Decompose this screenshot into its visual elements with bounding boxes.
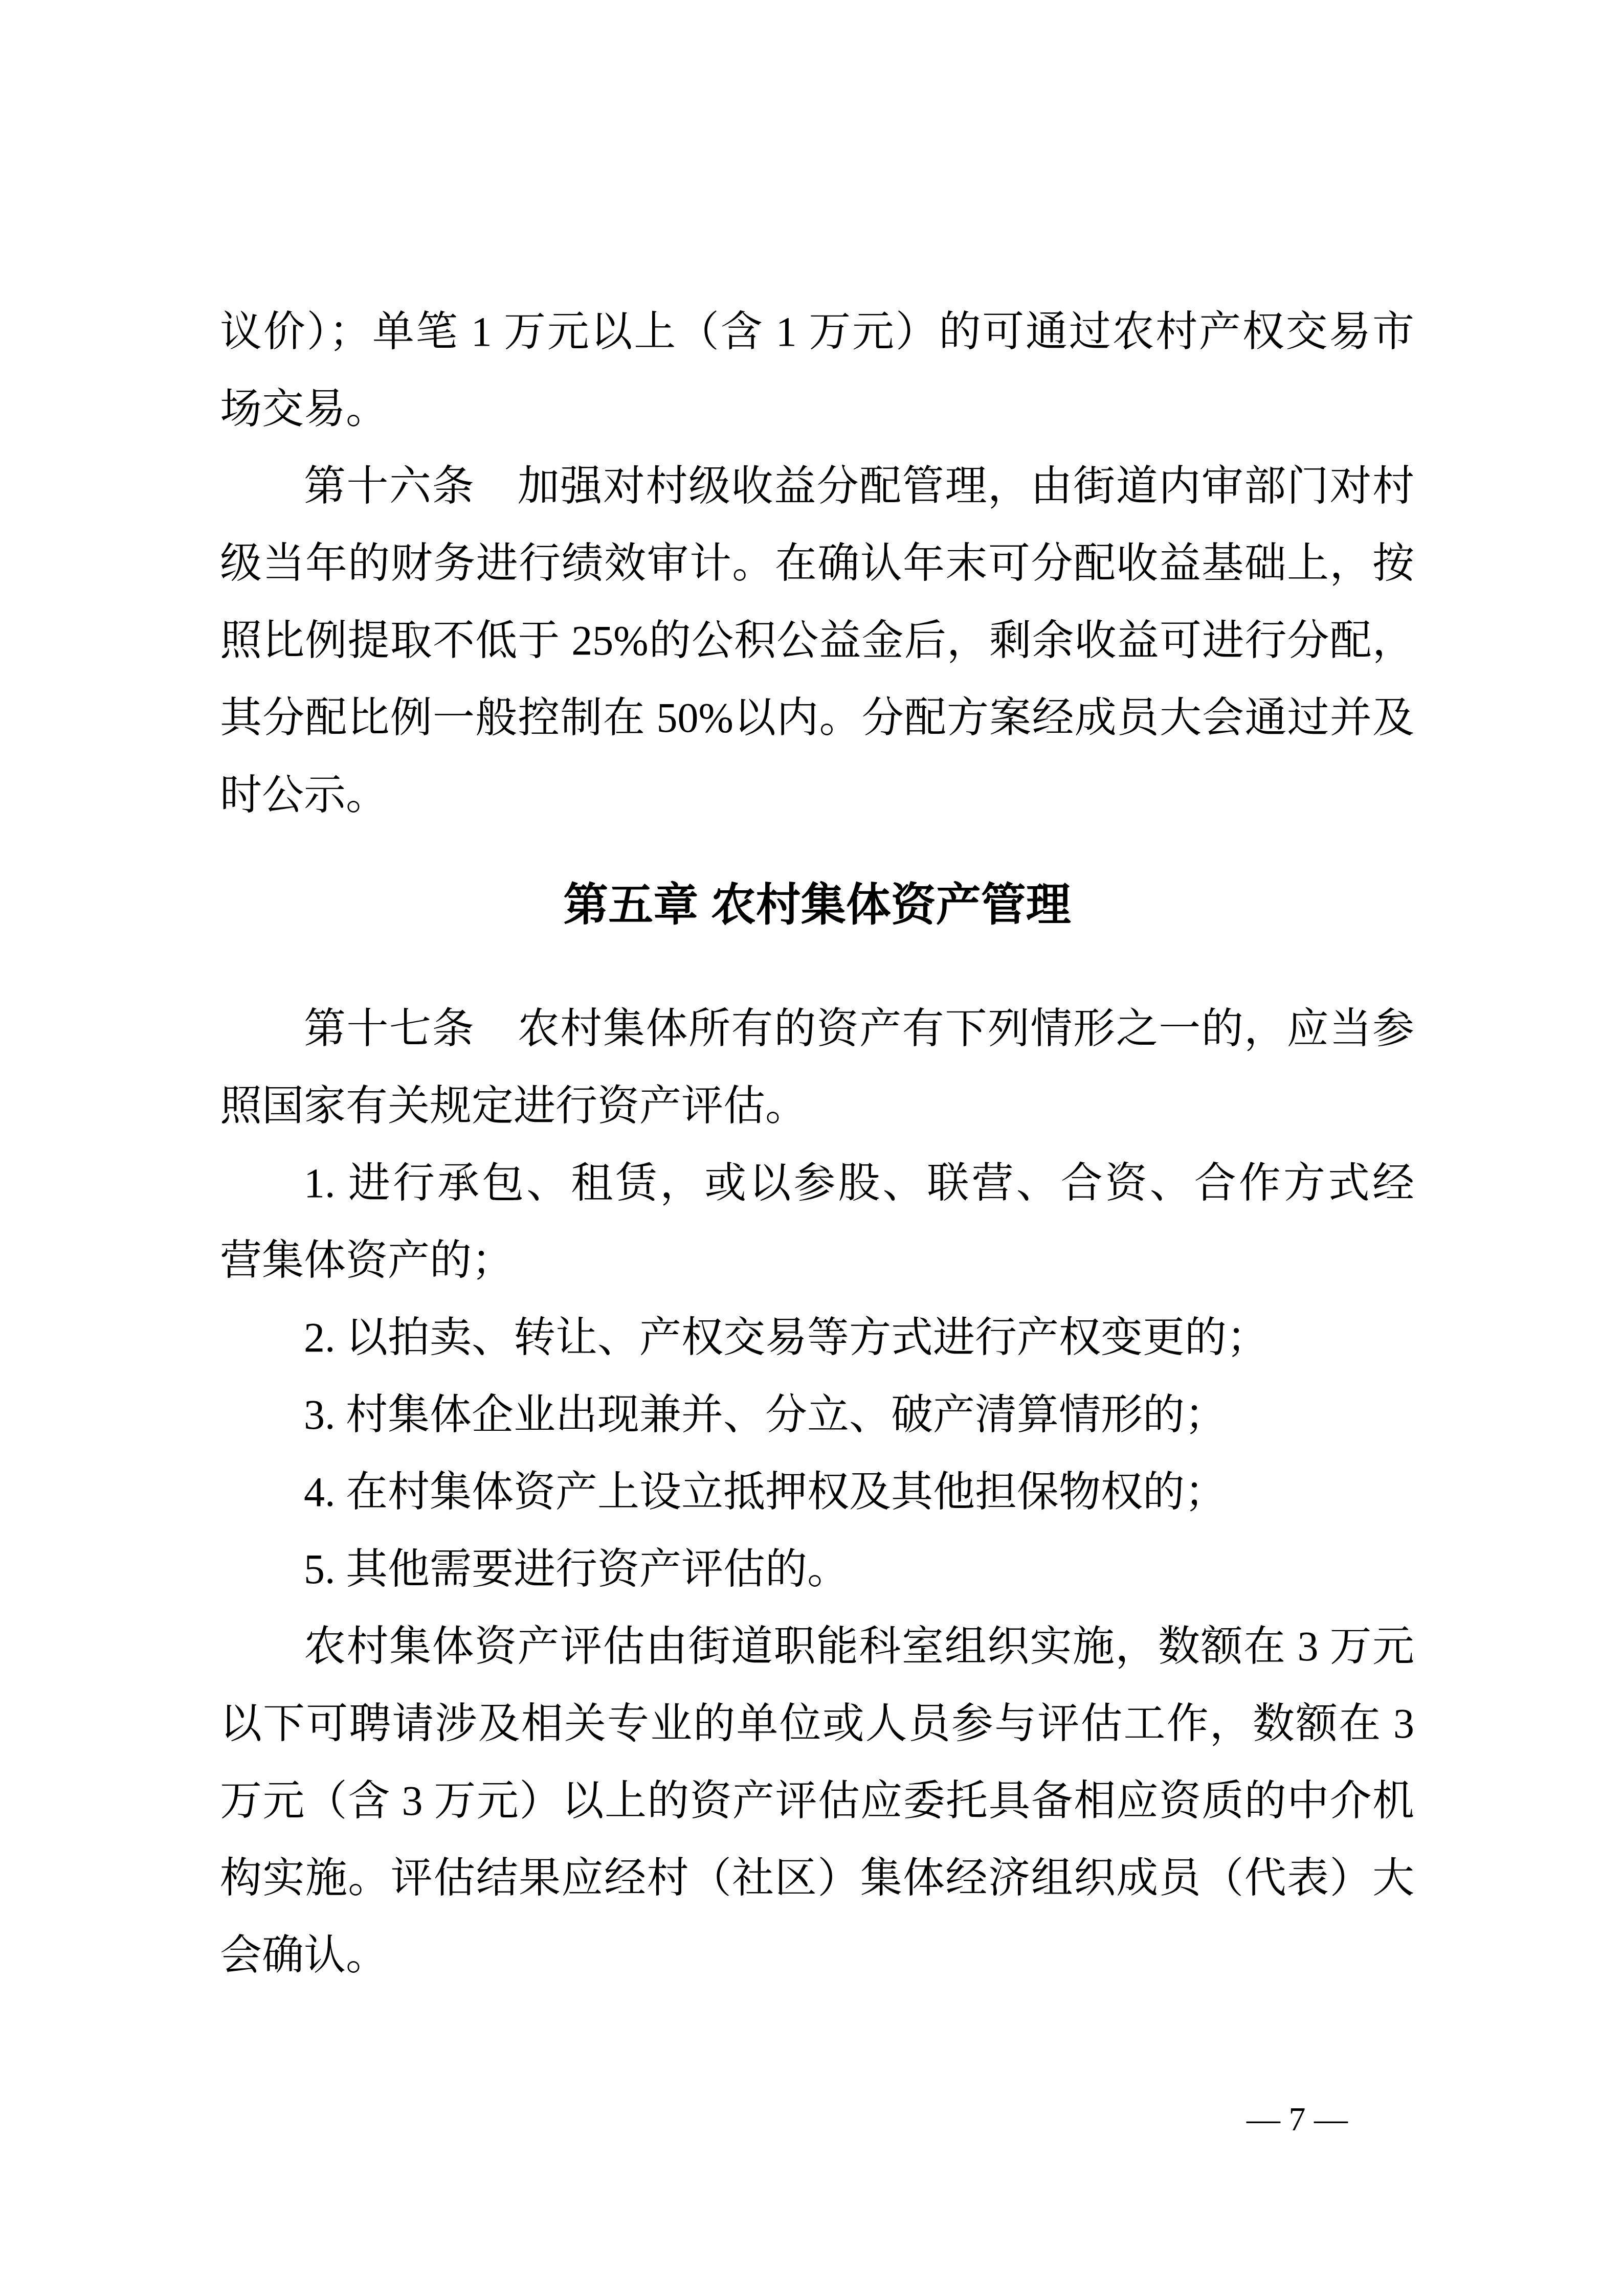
text-line: 第十六条 加强对村级收益分配管理，由街道内审部门对村	[220, 447, 1414, 525]
text-line: 万元（含 3 万元）以上的资产评估应委托具备相应资质的中介机	[220, 1762, 1414, 1839]
text-line: 2. 以拍卖、转让、产权交易等方式进行产权变更的；	[220, 1299, 1414, 1376]
text-line: 4. 在村集体资产上设立抵押权及其他担保物权的；	[220, 1453, 1414, 1530]
text-line: 会确认。	[220, 1917, 1414, 1994]
text-line: 5. 其他需要进行资产评估的。	[220, 1530, 1414, 1608]
paragraph-continued: 议价）；单笔 1 万元以上（含 1 万元）的可通过农村产权交易市 场交易。	[220, 293, 1414, 447]
text-line: 场交易。	[220, 370, 1414, 447]
paragraph-article-16: 第十六条 加强对村级收益分配管理，由街道内审部门对村 级当年的财务进行绩效审计。…	[220, 447, 1414, 834]
paragraph-asset-evaluation: 农村集体资产评估由街道职能科室组织实施，数额在 3 万元 以下可聘请涉及相关专业…	[220, 1608, 1414, 1994]
list-item-4: 4. 在村集体资产上设立抵押权及其他担保物权的；	[220, 1453, 1414, 1530]
list-item-2: 2. 以拍卖、转让、产权交易等方式进行产权变更的；	[220, 1299, 1414, 1376]
text-line: 构实施。评估结果应经村（社区）集体经济组织成员（代表）大	[220, 1839, 1414, 1917]
page-number: — 7 —	[1247, 2103, 1348, 2136]
text-line: 照比例提取不低于 25%的公积公益金后，剩余收益可进行分配，	[220, 602, 1414, 679]
text-line: 时公示。	[220, 756, 1414, 834]
text-line: 农村集体资产评估由街道职能科室组织实施，数额在 3 万元	[220, 1608, 1414, 1685]
text-column: 议价）；单笔 1 万元以上（含 1 万元）的可通过农村产权交易市 场交易。 第十…	[220, 293, 1414, 1994]
text-line: 级当年的财务进行绩效审计。在确认年末可分配收益基础上，按	[220, 525, 1414, 602]
paragraph-article-17: 第十七条 农村集体所有的资产有下列情形之一的，应当参 照国家有关规定进行资产评估…	[220, 990, 1414, 1144]
list-item-3: 3. 村集体企业出现兼并、分立、破产清算情形的；	[220, 1376, 1414, 1453]
text-line: 3. 村集体企业出现兼并、分立、破产清算情形的；	[220, 1376, 1414, 1453]
text-line: 1. 进行承包、租赁，或以参股、联营、合资、合作方式经	[220, 1144, 1414, 1222]
list-item-1: 1. 进行承包、租赁，或以参股、联营、合资、合作方式经 营集体资产的；	[220, 1144, 1414, 1299]
text-line: 以下可聘请涉及相关专业的单位或人员参与评估工作，数额在 3	[220, 1685, 1414, 1762]
document-page: 议价）；单笔 1 万元以上（含 1 万元）的可通过农村产权交易市 场交易。 第十…	[0, 0, 1624, 2296]
text-line: 议价）；单笔 1 万元以上（含 1 万元）的可通过农村产权交易市	[220, 293, 1414, 370]
text-line: 第十七条 农村集体所有的资产有下列情形之一的，应当参	[220, 990, 1414, 1067]
chapter-heading: 第五章 农村集体资产管理	[220, 866, 1414, 943]
text-line: 营集体资产的；	[220, 1222, 1414, 1299]
list-item-5: 5. 其他需要进行资产评估的。	[220, 1530, 1414, 1608]
text-line: 其分配比例一般控制在 50%以内。分配方案经成员大会通过并及	[220, 679, 1414, 756]
text-line: 照国家有关规定进行资产评估。	[220, 1067, 1414, 1144]
